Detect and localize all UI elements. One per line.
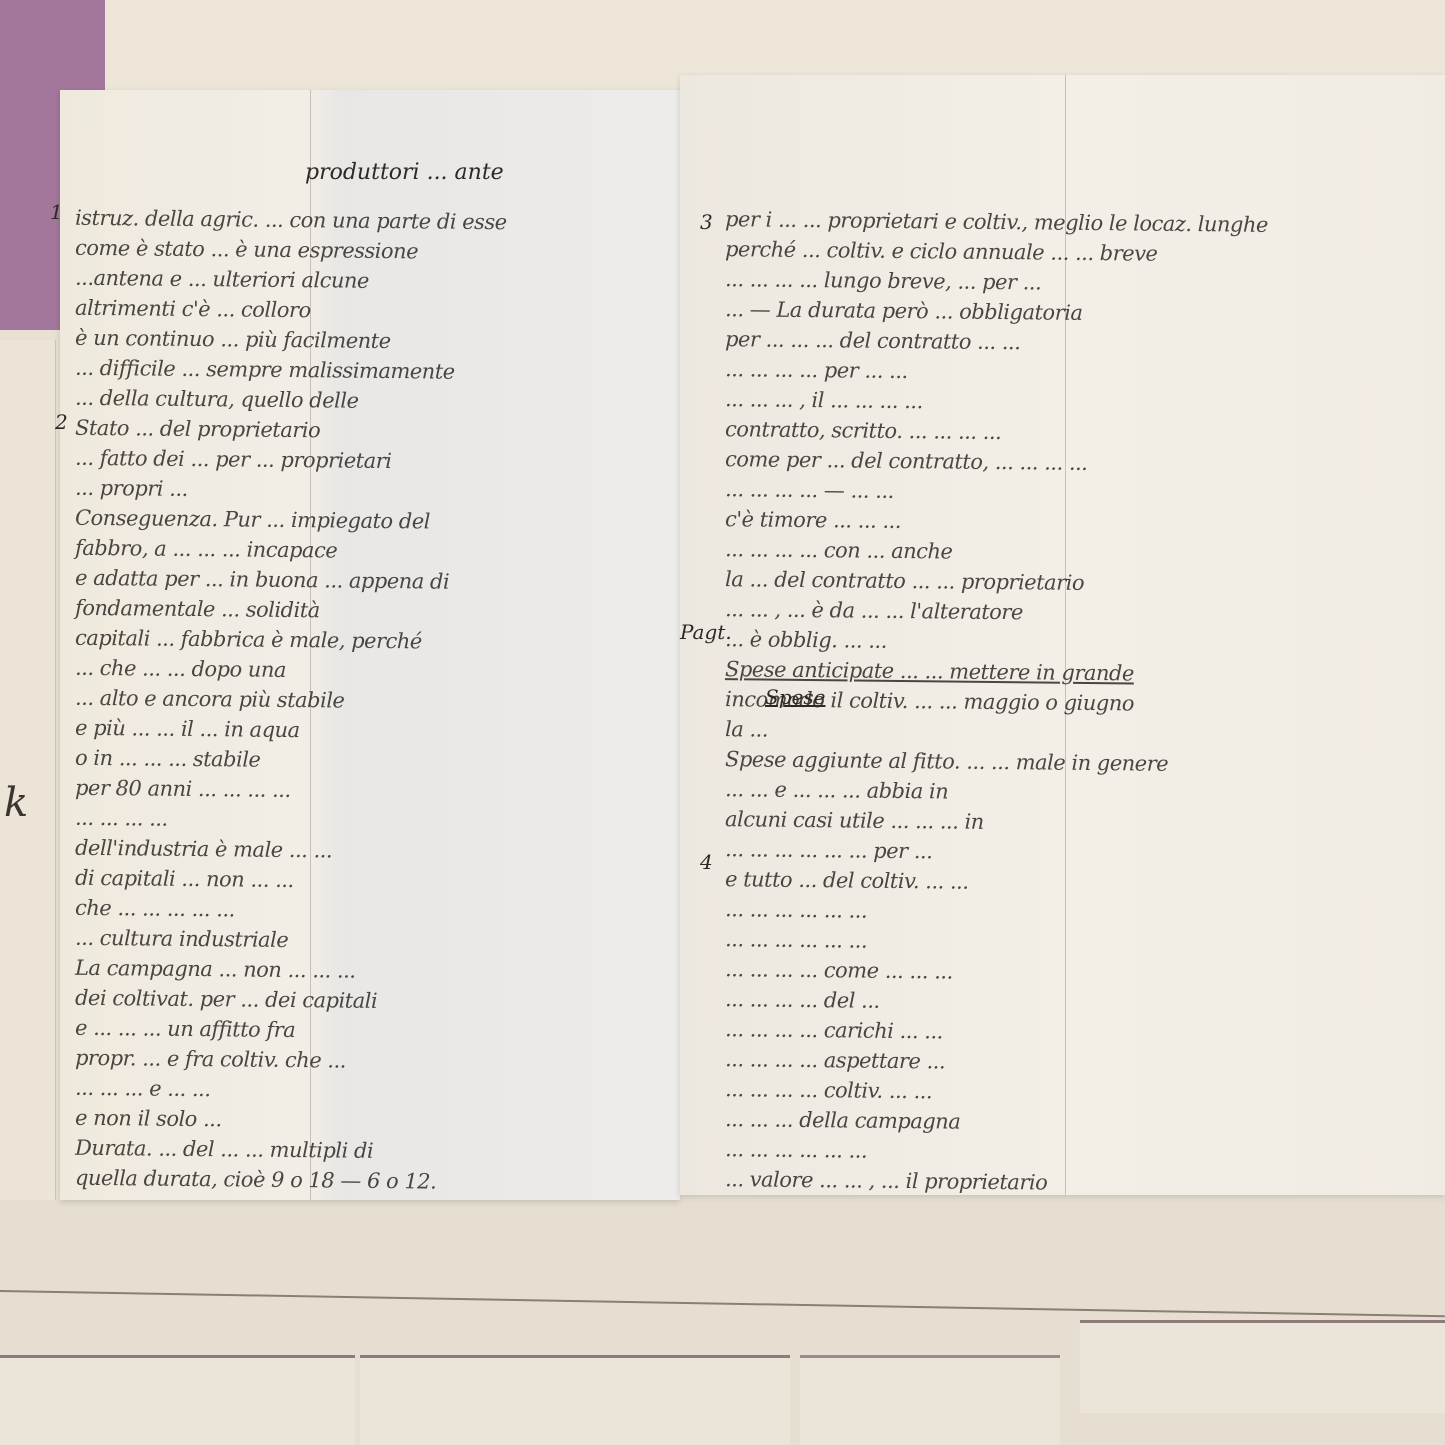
margin-note: 2 <box>55 410 68 434</box>
text-line: ... fatto dei ... per ... proprietari <box>75 446 507 481</box>
text-line: di capitali ... non ... ... <box>75 866 507 901</box>
text-line: Stato ... del proprietario <box>75 416 507 451</box>
margin-note: 1 <box>50 200 63 224</box>
text-line: ... cultura industriale <box>75 926 507 961</box>
text-line: propr. ... e fra coltiv. che ... <box>75 1046 507 1081</box>
text-line: come è stato ... è una espressione <box>75 236 507 271</box>
text-line: ... ... ... ... <box>75 806 507 841</box>
margin-note: 3 <box>700 210 713 234</box>
page-heading: produttori ... ante <box>305 160 504 185</box>
text-line: Durata. ... del ... ... multipli di <box>75 1136 507 1171</box>
text-line: o in ... ... ... stabile <box>75 746 507 781</box>
text-line: e non il solo ... <box>75 1106 507 1141</box>
manuscript-left-page: produttori ... ante 1 2 istruz. della ag… <box>60 90 680 1200</box>
text-line: ... difficile ... sempre malissimamente <box>75 356 507 391</box>
text-line: e adatta per ... in buona ... appena di <box>75 566 507 601</box>
text-line: fondamentale ... solidità <box>75 596 507 631</box>
text-line: ... ... ... e ... ... <box>75 1076 507 1111</box>
text-line: e ... ... ... un affitto fra <box>75 1016 507 1051</box>
text-line: ... valore ... ... , ... il proprietario <box>725 1167 1268 1203</box>
text-line: e più ... ... il ... in aqua <box>75 716 507 751</box>
folded-flap <box>0 1355 355 1445</box>
text-line: capitali ... fabbrica è male, perché <box>75 626 507 661</box>
handwritten-text-block: per i ... ... proprietari e coltiv., meg… <box>725 210 1268 1200</box>
text-line: è un continuo ... più facilmente <box>75 326 507 361</box>
text-line: ...antena e ... ulteriori alcune <box>75 266 507 301</box>
text-line: quella durata, cioè 9 o 18 — 6 o 12. <box>75 1166 507 1201</box>
text-line: ... propri ... <box>75 476 507 511</box>
text-line: fabbro, a ... ... ... incapace <box>75 536 507 571</box>
text-line: ... della cultura, quello delle <box>75 386 507 421</box>
folded-flap <box>800 1355 1060 1445</box>
text-line: che ... ... ... ... ... <box>75 896 507 931</box>
text-line: per 80 anni ... ... ... ... <box>75 776 507 811</box>
text-line: ... alto e ancora più stabile <box>75 686 507 721</box>
handwritten-text-block: istruz. della agric. ... con una parte d… <box>75 208 507 1198</box>
text-line: istruz. della agric. ... con una parte d… <box>75 206 507 241</box>
text-line: dei coltivat. per ... dei capitali <box>75 986 507 1021</box>
text-line: altrimenti c'è ... colloro <box>75 296 507 331</box>
text-line: La campagna ... non ... ... ... <box>75 956 507 991</box>
folded-flap <box>360 1355 790 1445</box>
text-line: Conseguenza. Pur ... impiegato del <box>75 506 507 541</box>
manuscript-right-page: 3 Pagt. Spese 4 per i ... ... proprietar… <box>680 75 1445 1195</box>
margin-note: 4 <box>700 850 713 874</box>
text-line: dell'industria è male ... ... <box>75 836 507 871</box>
text-line: ... che ... ... dopo una <box>75 656 507 691</box>
folded-flap <box>1080 1320 1445 1413</box>
side-strip-handwriting: k <box>4 780 28 826</box>
